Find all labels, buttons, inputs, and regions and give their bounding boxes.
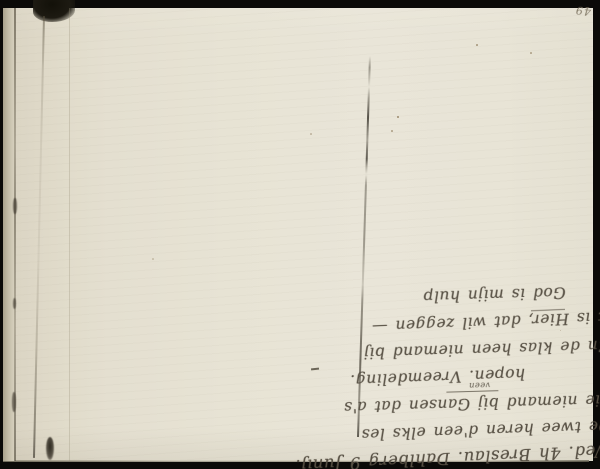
foxing-speck: [391, 130, 393, 132]
underlying-page-edge: [69, 8, 70, 461]
seam-knot: [12, 392, 16, 412]
manuscript-photo: { "page": { "folio_number": "49", "inscr…: [0, 0, 600, 469]
foxing-speck: [476, 44, 478, 46]
interlinear-insert-word: veen: [469, 379, 491, 390]
crease-ink-blob: [46, 437, 54, 460]
seam-knot: [13, 198, 17, 214]
foxing-speck: [397, 116, 399, 118]
handwritten-inscription: Wed. 4h Breslau. Dahlberg 9 Junij. De tw…: [323, 268, 600, 469]
foxing-speck: [310, 133, 312, 135]
foxing-speck: [152, 258, 154, 260]
foxing-speck: [530, 52, 532, 54]
seam-knot: [13, 298, 16, 309]
folio-number: 49: [570, 0, 595, 18]
